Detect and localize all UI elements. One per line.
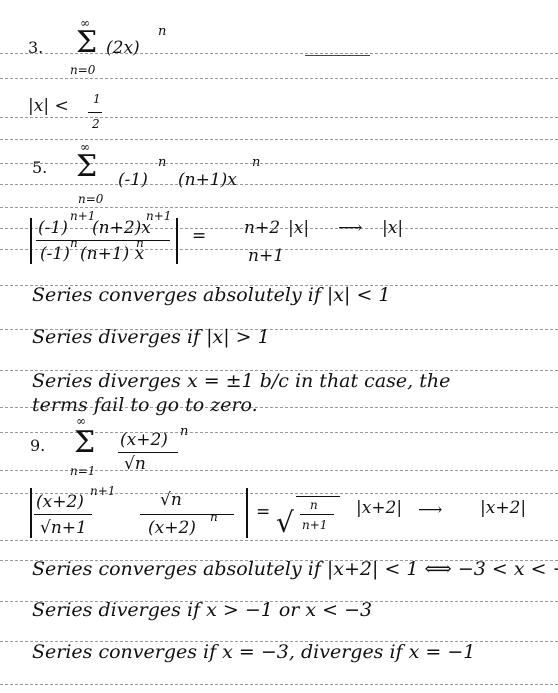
series-fraction-bar [118, 452, 178, 453]
abs-bar-left [30, 488, 32, 538]
rhs-abs: |x+2| [356, 498, 402, 518]
ratio-den-a: √n+1 [40, 518, 87, 538]
limit-arrow: ⟶ [418, 500, 442, 520]
series-exponent: n [180, 424, 188, 439]
blank-line [305, 55, 370, 56]
rhs-root-denominator: n+1 [302, 518, 327, 532]
sqrt-overline [296, 496, 340, 497]
ratio-num-b: √n [160, 490, 182, 510]
rhs-abs-x: |x| [288, 218, 309, 238]
series-exponent: n [158, 24, 166, 39]
ratio-den-sign-exp: n [70, 236, 78, 250]
rhs-numerator: n+2 [244, 218, 280, 238]
ratio-num-a: (x+2) [36, 492, 84, 512]
ratio-fraction-bar [36, 240, 170, 241]
fraction-denominator: 2 [92, 117, 100, 131]
ratio-num-body-exp: n+1 [146, 209, 171, 223]
fraction-numerator: 1 [93, 92, 101, 106]
limit-arrow: ⟶ [338, 218, 362, 238]
equals-sign: = [256, 502, 270, 522]
series-term-sign: (-1) [118, 170, 148, 190]
problem-number: 5. [32, 158, 47, 177]
series-term-body: (n+1)x [178, 170, 237, 190]
fraction-bar [88, 112, 102, 113]
limit-value: |x| [382, 218, 403, 238]
rhs-root-numerator: n [310, 498, 318, 512]
series-term: (2x) [106, 38, 140, 58]
ratio-den-b-exp: n [210, 510, 218, 524]
sigma-symbol: Σ [76, 28, 97, 58]
ratio-fraction-bar-a [34, 514, 92, 515]
sigma-symbol: Σ [76, 152, 97, 182]
sum-lower-limit: n=0 [70, 63, 95, 77]
ratio-den-b: (x+2) [148, 518, 196, 538]
conclusion-converges: Series converges absolutely if |x| < 1 [32, 284, 391, 306]
conclusion-endpoints-cont: terms fail to go to zero. [32, 394, 258, 416]
sigma-symbol: Σ [74, 428, 95, 458]
ratio-den-body: (n+1) x [80, 244, 144, 264]
ratio-num-body: (n+2)x [92, 218, 151, 238]
conclusion-converges: Series converges absolutely if |x+2| < 1… [32, 558, 558, 580]
ratio-num-sign: (-1) [38, 218, 68, 238]
series-denominator: √n [124, 454, 146, 474]
equals-sign: = [192, 226, 206, 246]
sum-lower-limit: n=0 [78, 192, 103, 206]
conclusion-diverges: Series diverges if x > −1 or x < −3 [32, 599, 372, 621]
ratio-den-sign: (-1) [40, 244, 70, 264]
problem-number: 9. [30, 436, 45, 455]
ratio-num-a-exp: n+1 [90, 484, 115, 498]
conclusion-endpoints: Series diverges x = ±1 b/c in that case,… [32, 370, 450, 392]
ratio-den-body-exp: n [136, 236, 144, 250]
radius-condition: |x| < [28, 96, 69, 116]
sqrt-symbol: √ [276, 506, 294, 539]
abs-bar-left [30, 218, 32, 264]
sum-lower-limit: n=1 [70, 464, 95, 478]
conclusion-diverges: Series diverges if |x| > 1 [32, 326, 270, 348]
limit-value: |x+2| [480, 498, 526, 518]
ratio-fraction-bar-b [140, 514, 234, 515]
problem-number: 3. [28, 38, 43, 57]
rhs-denominator: n+1 [248, 246, 284, 266]
series-body-exponent: n [252, 155, 260, 170]
abs-bar-right [246, 488, 248, 538]
series-numerator: (x+2) [120, 430, 168, 450]
rhs-fraction-bar [300, 514, 334, 515]
conclusion-endpoints: Series converges if x = −3, diverges if … [32, 641, 475, 663]
abs-bar-right [176, 218, 178, 264]
series-sign-exponent: n [158, 155, 166, 170]
